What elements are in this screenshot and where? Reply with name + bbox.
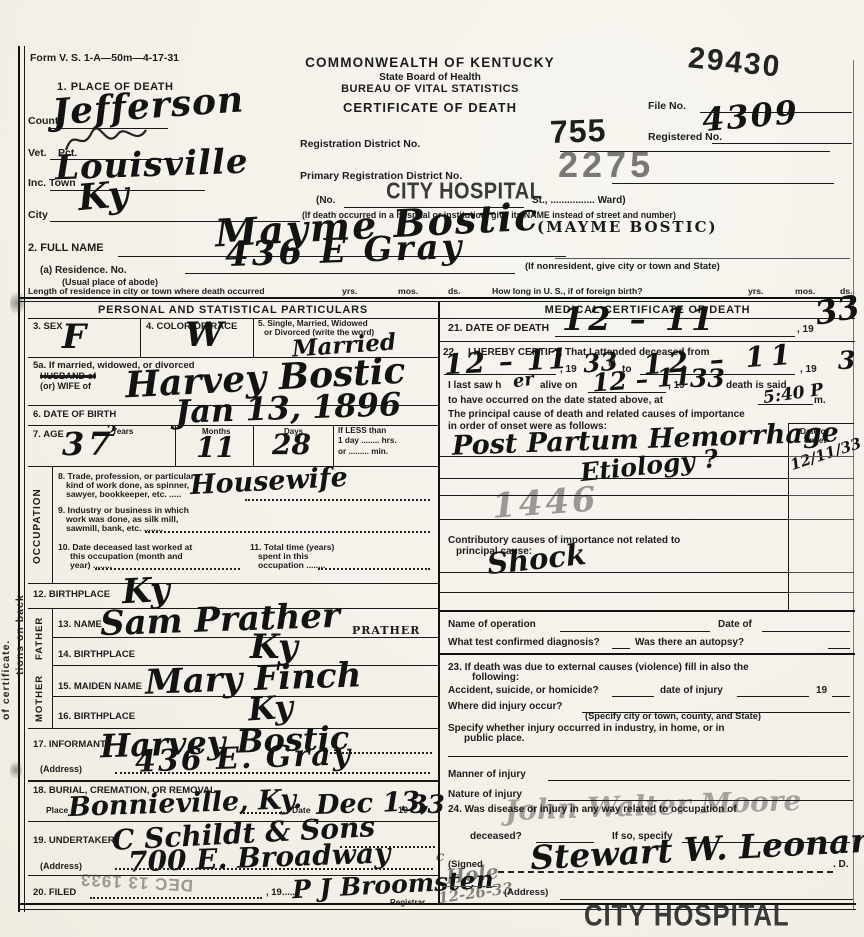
burial-year-printed: 19 — [398, 806, 408, 815]
border-left-inner — [24, 46, 25, 912]
bureau-subtitle: BUREAU OF VITAL STATISTICS — [240, 84, 620, 96]
margin-note-line1: tions on back — [14, 545, 26, 725]
father-name-label: 13. NAME — [58, 620, 102, 630]
specify-label-2: public place. — [464, 734, 525, 745]
sex-label: 3. SEX — [33, 322, 63, 332]
attended-from-line — [444, 374, 556, 375]
physician-address-label: (Address) — [504, 888, 548, 898]
specify-answer-line — [448, 756, 848, 757]
wife-of-label: (or) WIFE of — [40, 382, 91, 391]
date-of-death-line — [555, 336, 795, 337]
onset-rule-5 — [788, 572, 854, 573]
residence-value-handwritten: 436 E Gray — [224, 230, 464, 272]
md-label: . D. — [833, 860, 849, 871]
test-line — [612, 648, 630, 649]
onset-box-bottom-line — [438, 610, 855, 612]
form-code: Form V. S. 1-A—50m—4-17-31 — [30, 53, 179, 64]
contributory-line-1 — [440, 572, 788, 573]
dob-value-handwritten: Jan 13, 1896 — [175, 388, 402, 428]
undertaker-address-value-handwritten: 700 E. Broadway — [128, 839, 391, 876]
accident-line — [612, 696, 654, 697]
margin-note-line2: of certificate. — [0, 585, 12, 775]
onset-rule-4 — [788, 519, 854, 520]
onset-rule-6 — [788, 592, 854, 593]
left-box-top-line — [28, 318, 438, 319]
onset-rule-1 — [788, 456, 854, 457]
last-saw-19-label: , 19 — [668, 381, 685, 392]
registrar-label: Registrar. — [390, 899, 427, 907]
mother-maiden-name-label: 15. MAIDEN NAME — [58, 682, 142, 692]
residence-label: (a) Residence. No. — [40, 266, 127, 277]
age-label: 7. AGE — [33, 430, 64, 440]
faint-number-handwritten: 1446 — [491, 482, 600, 523]
injury-date-line — [737, 696, 809, 697]
operation-line — [560, 631, 710, 632]
date-of-death-value-handwritten: 12 – 11 — [562, 303, 717, 335]
to-year-handwritten: 3 — [838, 348, 855, 373]
last-saw-year-handwritten: 33 — [690, 366, 725, 391]
file-no-label: File No. — [648, 101, 686, 112]
operation-date-line — [762, 631, 850, 632]
nonresident-note: (If nonresident, give city or town and S… — [525, 262, 720, 272]
q24-deceased-label: deceased? — [470, 832, 522, 843]
where-injury-note: (Specify city or town, county, and State… — [585, 712, 761, 722]
border-right — [853, 60, 854, 910]
filed-label: 20. FILED — [33, 888, 76, 898]
where-injury-label: Where did injury occur? — [448, 702, 562, 713]
occ8-dotted-line — [245, 499, 430, 501]
manner-line — [548, 780, 850, 781]
operation-date-label: Date of — [718, 620, 752, 631]
full-name-hand-printed: (MAYME BOSTIC) — [537, 218, 718, 236]
us-yrs-label: yrs. — [748, 287, 763, 296]
principal-cause-label-1: The principal cause of death and related… — [448, 410, 745, 421]
death-certificate-scan: tions on back of certificate. Form V. S.… — [0, 0, 864, 937]
section-divider-thin — [18, 301, 856, 302]
onset-rule-3 — [788, 495, 854, 496]
mother-vertical-label: MOTHER — [34, 668, 45, 728]
section-divider-thick — [18, 297, 856, 299]
how-long-us-label: How long in U. S., if of foreign birth? — [492, 287, 643, 296]
less-than-label-3: or ......... min. — [338, 448, 388, 457]
manner-of-injury-label: Manner of injury — [448, 770, 526, 781]
primary-reg-stamp: 2275 — [558, 144, 654, 186]
age-cell-divider-2 — [253, 425, 254, 466]
from-19-label: , 19 — [560, 365, 577, 376]
occ8-label-3: sawyer, bookkeeper, etc. ..... — [66, 490, 181, 499]
informant-address-label: (Address) — [40, 765, 82, 774]
contributory-value-handwritten: Shock — [486, 540, 588, 579]
faint-c-mark: c — [436, 850, 445, 864]
father-birthplace-label: 14. BIRTHPLACE — [58, 650, 135, 660]
time-line — [758, 404, 813, 405]
sex-cell-divider — [140, 318, 141, 357]
signature-line — [498, 871, 833, 873]
age-days-handwritten: 28 — [272, 431, 311, 459]
onset-rule-2 — [788, 478, 854, 479]
undertaker-address-label: (Address) — [40, 862, 82, 871]
registered-no-line — [712, 143, 852, 144]
color-race-value-handwritten: W — [185, 318, 223, 352]
date-of-death-label: 21. DATE OF DEATH — [448, 323, 549, 334]
occupation-bottom-line — [28, 583, 438, 584]
occurred-text: to have occurred on the date stated abov… — [448, 396, 663, 407]
father-name-value-handwritten: Sam Prather — [99, 599, 340, 641]
time-m-label: m. — [814, 396, 826, 407]
informant-label: 17. INFORMANT — [33, 740, 106, 750]
nonresident-line — [555, 258, 850, 259]
to-19-label: , 19 — [800, 365, 817, 376]
commonwealth-title: COMMONWEALTH OF KENTUCKY — [240, 56, 620, 70]
q22-bottom-line — [438, 653, 855, 655]
parent-strip-divider — [52, 608, 53, 729]
birthplace-label: 12. BIRTHPLACE — [33, 590, 110, 600]
length-residence-label: Length of residence in city or town wher… — [28, 287, 265, 296]
occ11-label-3: occupation ........ — [258, 561, 325, 570]
burial-place-label: Place — [46, 806, 68, 815]
injury-year-line — [832, 696, 850, 697]
mother-name-line — [52, 696, 438, 697]
autopsy-label: Was there an autopsy? — [635, 638, 744, 649]
city-label: City — [28, 210, 48, 221]
cause-line-2 — [440, 478, 788, 479]
board-subtitle: State Board of Health — [240, 73, 620, 84]
dod-year-handwritten: 33 — [813, 290, 862, 329]
q23-accident-label: Accident, suicide, or homicide? — [448, 686, 599, 697]
full-name-label: 2. FULL NAME — [28, 243, 104, 255]
age-cell-divider-3 — [333, 425, 334, 466]
occupation-vertical-label: OCCUPATION — [32, 473, 43, 579]
registered-no-value-handwritten: 4309 — [701, 96, 800, 136]
left-section-title: PERSONAL AND STATISTICAL PARTICULARS — [28, 305, 438, 317]
less-than-label-2: 1 day ........ hrs. — [338, 437, 397, 446]
less-than-label-1: If LESS than — [338, 427, 386, 436]
length-ds-label: ds. — [448, 287, 461, 296]
q23-label-2: following: — [472, 673, 519, 684]
last-saw-label-1: I last saw h — [448, 381, 501, 392]
burial-place-dotted-line — [240, 812, 288, 814]
test-label: What test confirmed diagnosis? — [448, 638, 600, 649]
vet-label: Vet. — [28, 148, 47, 159]
age-cell-divider-1 — [175, 425, 176, 466]
occ9-dotted-line — [145, 531, 430, 533]
scan-artifact — [10, 290, 24, 316]
dob-label: 6. DATE OF BIRTH — [33, 410, 116, 420]
last-saw-er-handwritten: er — [512, 371, 535, 392]
informant-bottom-line — [28, 780, 438, 782]
length-yrs-label: yrs. — [342, 287, 357, 296]
undertaker-label: 19. UNDERTAKER — [33, 836, 115, 846]
length-mos-label: mos. — [398, 287, 418, 296]
cause-line-4 — [440, 519, 788, 520]
contributory-line-2 — [440, 592, 788, 593]
st-ward-label: St., ................ Ward) — [532, 196, 626, 207]
dod-19-label: , 19 — [797, 325, 814, 336]
age-months-handwritten: 11 — [196, 434, 235, 462]
occupation-value-handwritten: Housewife — [189, 464, 348, 499]
burial-year-handwritten: 33 — [410, 792, 445, 817]
border-left-outer — [18, 46, 20, 912]
autopsy-line — [828, 648, 850, 649]
onset-column-divider — [788, 423, 789, 610]
residence-line — [185, 273, 515, 274]
occ11-dotted-line — [318, 568, 430, 570]
occupation-strip-divider — [52, 466, 53, 583]
last-saw-label-2: alive on — [540, 381, 577, 392]
last-saw-line — [588, 392, 666, 393]
operation-label: Name of operation — [448, 620, 536, 631]
city-value-handwritten: Ky — [77, 176, 131, 216]
serial-number-stamp: 29430 — [686, 41, 782, 85]
informant-address-dotted-line — [115, 772, 430, 774]
sex-value-handwritten: F — [62, 320, 86, 354]
date-of-injury-label: date of injury — [660, 686, 723, 697]
father-name-line — [52, 637, 438, 638]
hospital-stamp-bottom: CITY HOSPITAL — [584, 899, 790, 934]
mother-birthplace-label: 16. BIRTHPLACE — [58, 712, 135, 722]
injury-19-label: 19 — [816, 686, 827, 697]
father-name-hand-printed: PRATHER — [352, 624, 420, 637]
physician-signature-handwritten: Stewart W. Leonard — [529, 823, 864, 875]
age-years-flourish: 2 — [106, 424, 116, 439]
father-vertical-label: FATHER — [34, 610, 45, 666]
filed-dotted-line — [90, 897, 262, 899]
reg-district-label: Registration District No. — [300, 139, 420, 150]
q24-faint-name-handwritten: John Walter Moore — [505, 787, 802, 825]
race-cell-divider — [253, 318, 254, 357]
